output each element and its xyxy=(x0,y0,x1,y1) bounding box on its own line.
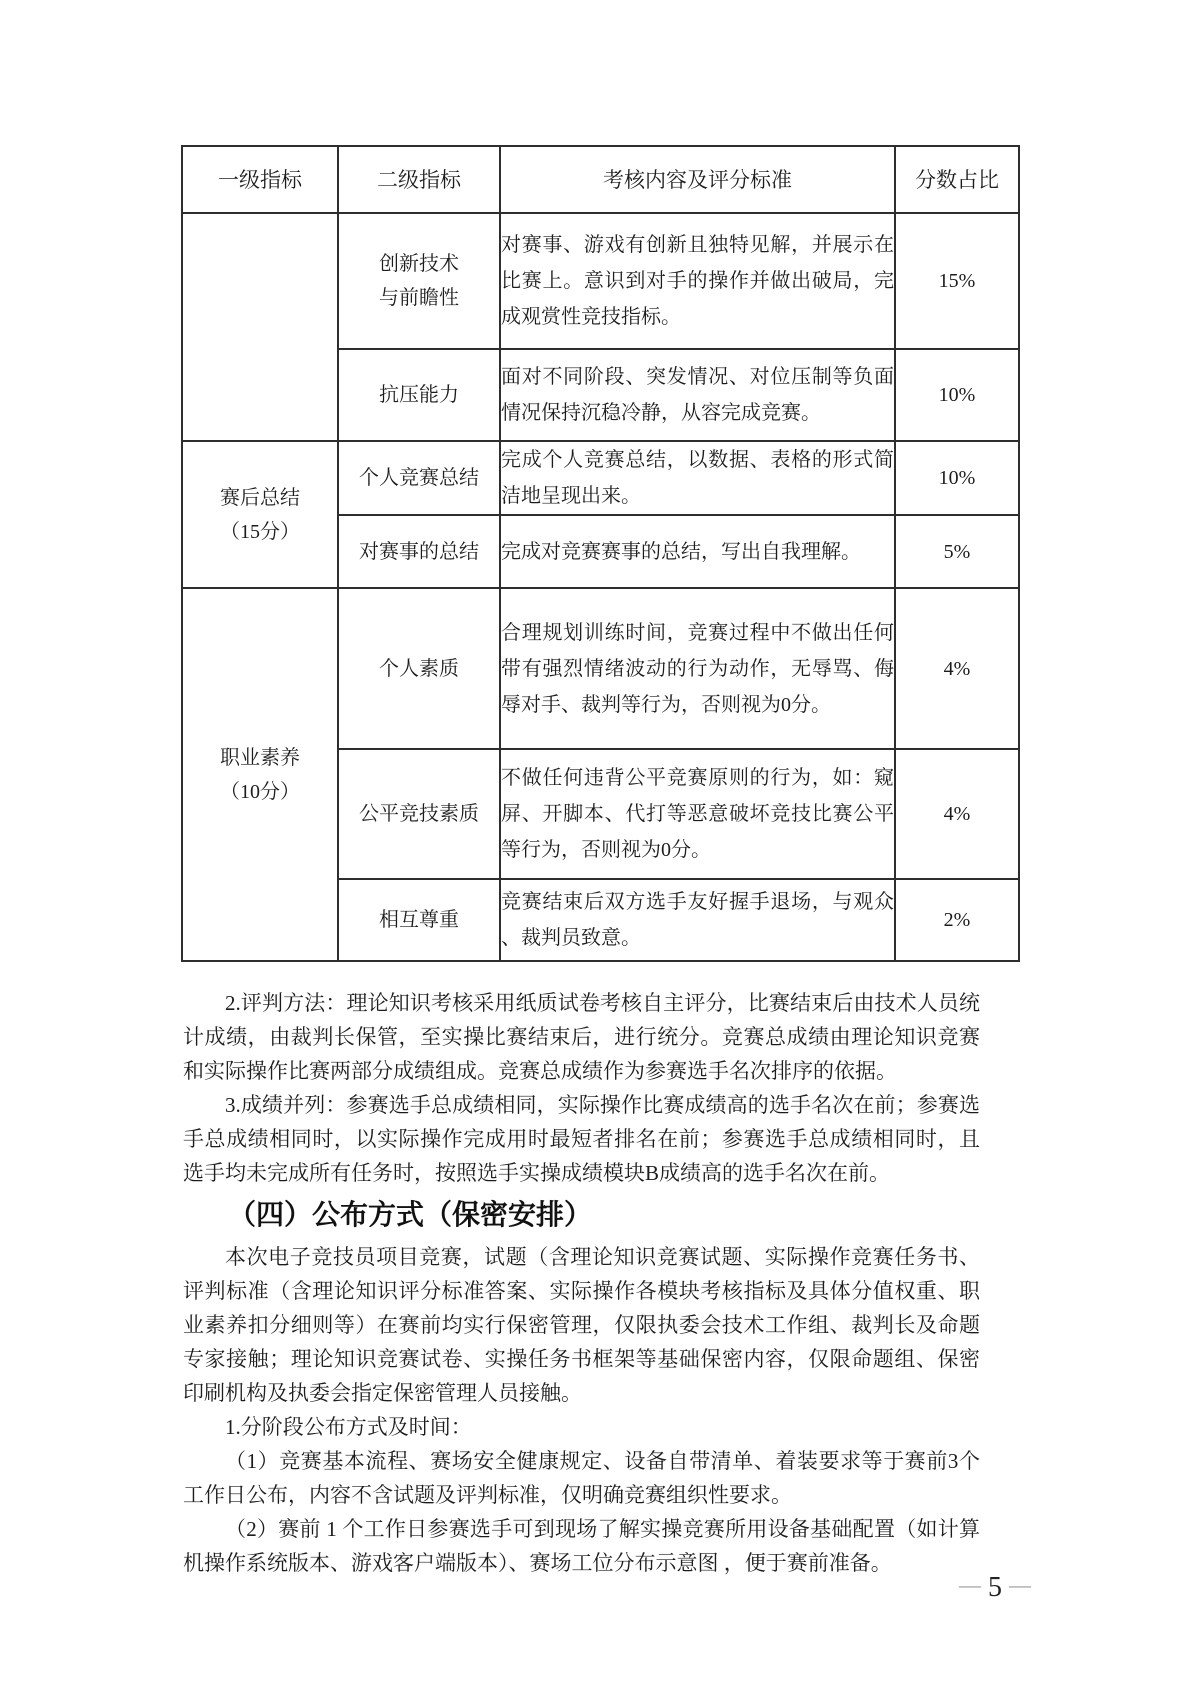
section-heading-announcement: （四）公布方式（保密安排） xyxy=(183,1193,980,1237)
cell-level1-professionalism: 职业素养 （10分） xyxy=(182,588,338,961)
page-number: —5— xyxy=(930,1572,1060,1604)
table-row-innovation: 创新技术 与前瞻性 对赛事、游戏有创新且独特见解，并展示在比赛上。意识到对手的操… xyxy=(182,213,1019,349)
cell-level2: 抗压能力 xyxy=(338,349,500,441)
cell-criteria: 竞赛结束后双方选手友好握手退场，与观众、裁判员致意。 xyxy=(500,879,895,961)
header-score-ratio: 分数占比 xyxy=(895,146,1019,213)
page-number-dash-right: — xyxy=(1009,1572,1031,1597)
paragraph-confidentiality: 本次电子竞技员项目竞赛，试题（含理论知识竞赛试题、实际操作竞赛任务书、评判标准（… xyxy=(183,1240,980,1410)
table-header-row: 一级指标 二级指标 考核内容及评分标准 分数占比 xyxy=(182,146,1019,213)
cell-score: 2% xyxy=(895,879,1019,961)
paragraph-announcement-item-1: （1）竞赛基本流程、赛场安全健康规定、设备自带清单、着装要求等于赛前3个工作日公… xyxy=(183,1444,980,1512)
cell-score: 5% xyxy=(895,515,1019,588)
table-row-personal-quality: 职业素养 （10分） 个人素质 合理规划训练时间，竞赛过程中不做出任何带有强烈情… xyxy=(182,588,1019,749)
body-text-block: 2.评判方法：理论知识考核采用纸质试卷考核自主评分，比赛结束后由技术人员统计成绩… xyxy=(183,986,980,1580)
cell-level2: 个人素质 xyxy=(338,588,500,749)
cell-score: 10% xyxy=(895,441,1019,515)
cell-score: 4% xyxy=(895,749,1019,879)
cell-criteria: 合理规划训练时间，竞赛过程中不做出任何带有强烈情绪波动的行为动作，无辱骂、侮辱对… xyxy=(500,588,895,749)
paragraph-phased-announcement: 1.分阶段公布方式及时间： xyxy=(183,1410,980,1444)
page-number-value: 5 xyxy=(988,1572,1002,1603)
table-row-personal-summary: 赛后总结 （15分） 个人竞赛总结 完成个人竞赛总结，以数据、表格的形式简洁地呈… xyxy=(182,441,1019,515)
cell-level2: 个人竞赛总结 xyxy=(338,441,500,515)
scoring-table: 一级指标 二级指标 考核内容及评分标准 分数占比 创新技术 与前瞻性 对赛事、游… xyxy=(181,145,1020,962)
paragraph-announcement-item-2: （2）赛前 1 个工作日参赛选手可到现场了解实操竞赛所用设备基础配置（如计算机操… xyxy=(183,1512,980,1580)
cell-level2: 相互尊重 xyxy=(338,879,500,961)
cell-criteria: 完成对竞赛赛事的总结，写出自我理解。 xyxy=(500,515,895,588)
header-level1-indicator: 一级指标 xyxy=(182,146,338,213)
cell-level1-post-match-summary: 赛后总结 （15分） xyxy=(182,441,338,588)
header-level2-indicator: 二级指标 xyxy=(338,146,500,213)
cell-criteria: 面对不同阶段、突发情况、对位压制等负面情况保持沉稳冷静，从容完成竞赛。 xyxy=(500,349,895,441)
cell-level2: 对赛事的总结 xyxy=(338,515,500,588)
cell-level1-empty xyxy=(182,213,338,441)
cell-criteria: 完成个人竞赛总结，以数据、表格的形式简洁地呈现出来。 xyxy=(500,441,895,515)
cell-score: 4% xyxy=(895,588,1019,749)
cell-criteria: 不做任何违背公平竞赛原则的行为，如：窥屏、开脚本、代打等恶意破坏竞技比赛公平等行… xyxy=(500,749,895,879)
document-page: 一级指标 二级指标 考核内容及评分标准 分数占比 创新技术 与前瞻性 对赛事、游… xyxy=(0,0,1199,1696)
paragraph-tie-breaking: 3.成绩并列：参赛选手总成绩相同，实际操作比赛成绩高的选手名次在前；参赛选手总成… xyxy=(183,1088,980,1190)
cell-score: 10% xyxy=(895,349,1019,441)
cell-level2: 创新技术 与前瞻性 xyxy=(338,213,500,349)
header-criteria: 考核内容及评分标准 xyxy=(500,146,895,213)
scoring-table-container: 一级指标 二级指标 考核内容及评分标准 分数占比 创新技术 与前瞻性 对赛事、游… xyxy=(181,145,1020,962)
paragraph-judging-method: 2.评判方法：理论知识考核采用纸质试卷考核自主评分，比赛结束后由技术人员统计成绩… xyxy=(183,986,980,1088)
cell-criteria: 对赛事、游戏有创新且独特见解，并展示在比赛上。意识到对手的操作并做出破局，完成观… xyxy=(500,213,895,349)
page-number-dash-left: — xyxy=(959,1572,981,1597)
cell-score: 15% xyxy=(895,213,1019,349)
cell-level2: 公平竞技素质 xyxy=(338,749,500,879)
